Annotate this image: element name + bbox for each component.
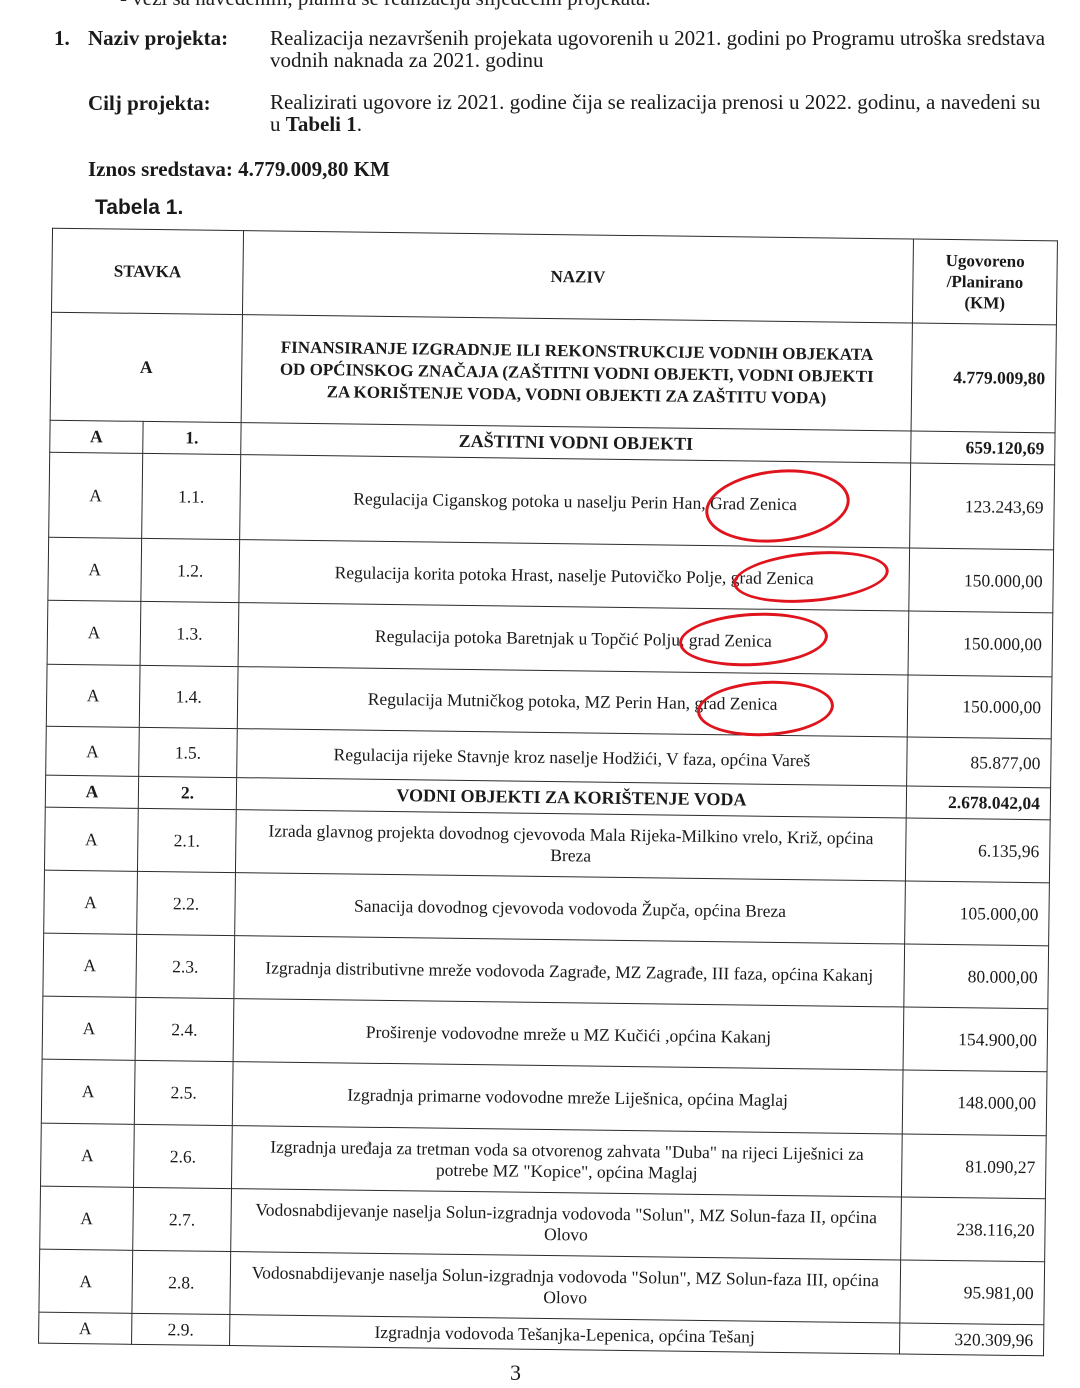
cell-item-number: 2.5. <box>134 1060 233 1125</box>
cell-naziv: Vodosnabdijevanje naselja Solun-izgradnj… <box>231 1189 902 1260</box>
cell-category: A <box>44 870 138 934</box>
cell-category: A <box>45 775 138 808</box>
header-naziv: NAZIV <box>242 231 913 323</box>
cell-category: A <box>50 420 143 453</box>
table-row: A1.1.Regulacija Ciganskog potoka u nasel… <box>49 452 1055 550</box>
cell-naziv: Izgradnja distributivne mreže vodovoda Z… <box>234 936 905 1007</box>
cell-item-number: 2.8. <box>132 1250 231 1314</box>
cell-km: 95.981,00 <box>900 1260 1045 1325</box>
cell-item-number: 1.3. <box>140 601 239 666</box>
page-number: 3 <box>510 1360 521 1386</box>
cell-category: A <box>44 807 138 871</box>
cell-km: 150.000,00 <box>907 675 1052 739</box>
cell-category: A <box>46 664 140 727</box>
cell-item-number: 1.4. <box>139 665 238 728</box>
header-stavka: STAVKA <box>51 228 243 314</box>
cell-naziv: FINANSIRANJE IZGRADNJE ILI REKONSTRUKCIJ… <box>241 315 912 431</box>
cell-naziv: Regulacija korita potoka Hrast, naselje … <box>239 540 910 611</box>
cell-item-number: 2.3. <box>136 934 235 998</box>
funds-amount: Iznos sredstava: 4.779.009,80 KM <box>88 157 390 182</box>
cut-off-previous-line: - vezi sa navedenim, planira se realizac… <box>120 0 651 11</box>
goal-table-ref: Tabeli 1 <box>286 112 357 136</box>
cell-item-number: 2.6. <box>133 1124 232 1188</box>
cell-km: 320.309,96 <box>899 1323 1043 1356</box>
cell-item-number: 1.2. <box>141 538 240 602</box>
table-row-total: A FINANSIRANJE IZGRADNJE ILI REKONSTRUKC… <box>50 312 1056 433</box>
project-goal-label: Cilj projekta: <box>88 91 211 116</box>
cell-stavka: A <box>50 312 242 422</box>
cell-km: 6.135,96 <box>905 818 1050 883</box>
cell-naziv: Sanacija dovodnog cjevovoda vodovoda Žup… <box>235 873 906 944</box>
cell-category: A <box>43 933 137 997</box>
cell-item-number: 2. <box>138 776 236 809</box>
cell-km: 238.116,20 <box>901 1197 1046 1262</box>
project-goal-value: Realizirati ugovore iz 2021. godine čija… <box>270 91 1050 135</box>
goal-suffix: . <box>357 112 362 136</box>
cell-item-number: 2.4. <box>135 997 234 1061</box>
projects-table: STAVKA NAZIV Ugovoreno /Planirano (KM) A… <box>38 228 1058 1357</box>
cell-km: 4.779.009,80 <box>911 323 1056 433</box>
cell-km: 150.000,00 <box>909 548 1054 613</box>
cell-km: 659.120,69 <box>911 431 1055 465</box>
cell-category: A <box>42 996 136 1060</box>
cell-category: A <box>41 1123 135 1187</box>
cell-category: A <box>46 726 140 776</box>
cell-item-number: 2.1. <box>137 808 236 872</box>
goal-text: Realizirati ugovore iz 2021. godine čija… <box>270 90 1040 136</box>
cell-naziv: Regulacija rijeke Stavnje kroz naselje H… <box>237 729 908 786</box>
cell-naziv: Izrada glavnog projekta dovodnog cjevovo… <box>235 810 906 881</box>
cell-km: 105.000,00 <box>905 881 1050 946</box>
cell-item-number: 2.9. <box>132 1313 230 1345</box>
cell-naziv: Regulacija potoka Baretnjak u Topčić Pol… <box>238 603 909 675</box>
project-name-value: Realizacija nezavršenih projekata ugovor… <box>270 27 1050 71</box>
cell-naziv: Regulacija Mutničkog potoka, MZ Perin Ha… <box>237 667 908 737</box>
cell-naziv: Izgradnja primarne vodovodne mreže Liješ… <box>232 1062 903 1134</box>
cell-item-number: 2.7. <box>133 1187 232 1251</box>
cell-km: 154.900,00 <box>903 1007 1048 1072</box>
cell-naziv: Regulacija Ciganskog potoka u naselju Pe… <box>240 455 911 548</box>
cell-km: 148.000,00 <box>902 1070 1047 1136</box>
cell-km: 123.243,69 <box>910 463 1055 550</box>
cell-item-number: 2.2. <box>137 871 236 935</box>
cell-category: A <box>41 1059 135 1124</box>
cell-item-number: 1.5. <box>139 727 238 777</box>
cell-naziv: Proširenje vodovodne mreže u MZ Kučići ,… <box>233 999 904 1070</box>
cell-category: A <box>49 452 143 538</box>
header-km: Ugovoreno /Planirano (KM) <box>912 239 1057 325</box>
cell-category: A <box>48 537 142 601</box>
cell-category: A <box>40 1186 134 1250</box>
project-number: 1. <box>54 26 70 51</box>
cell-km: 85.877,00 <box>907 737 1052 788</box>
project-name-label: Naziv projekta: <box>88 26 228 51</box>
cell-item-number: 1. <box>143 421 241 454</box>
table-title: Tabela 1. <box>95 196 183 220</box>
cell-category: A <box>39 1312 132 1344</box>
cell-category: A <box>39 1249 133 1313</box>
cell-km: 81.090,27 <box>901 1134 1046 1199</box>
cell-category: A <box>47 600 141 665</box>
cell-km: 80.000,00 <box>904 944 1049 1009</box>
cell-item-number: 1.1. <box>142 453 241 539</box>
cell-naziv: Vodosnabdijevanje naselja Solun-izgradnj… <box>230 1252 901 1323</box>
cell-km: 150.000,00 <box>908 611 1053 677</box>
projects-table-wrapper: STAVKA NAZIV Ugovoreno /Planirano (KM) A… <box>38 228 1057 1357</box>
cell-naziv: Izgradnja uređaja za tretman voda sa otv… <box>231 1126 902 1197</box>
cell-km: 2.678.042,04 <box>906 786 1050 820</box>
